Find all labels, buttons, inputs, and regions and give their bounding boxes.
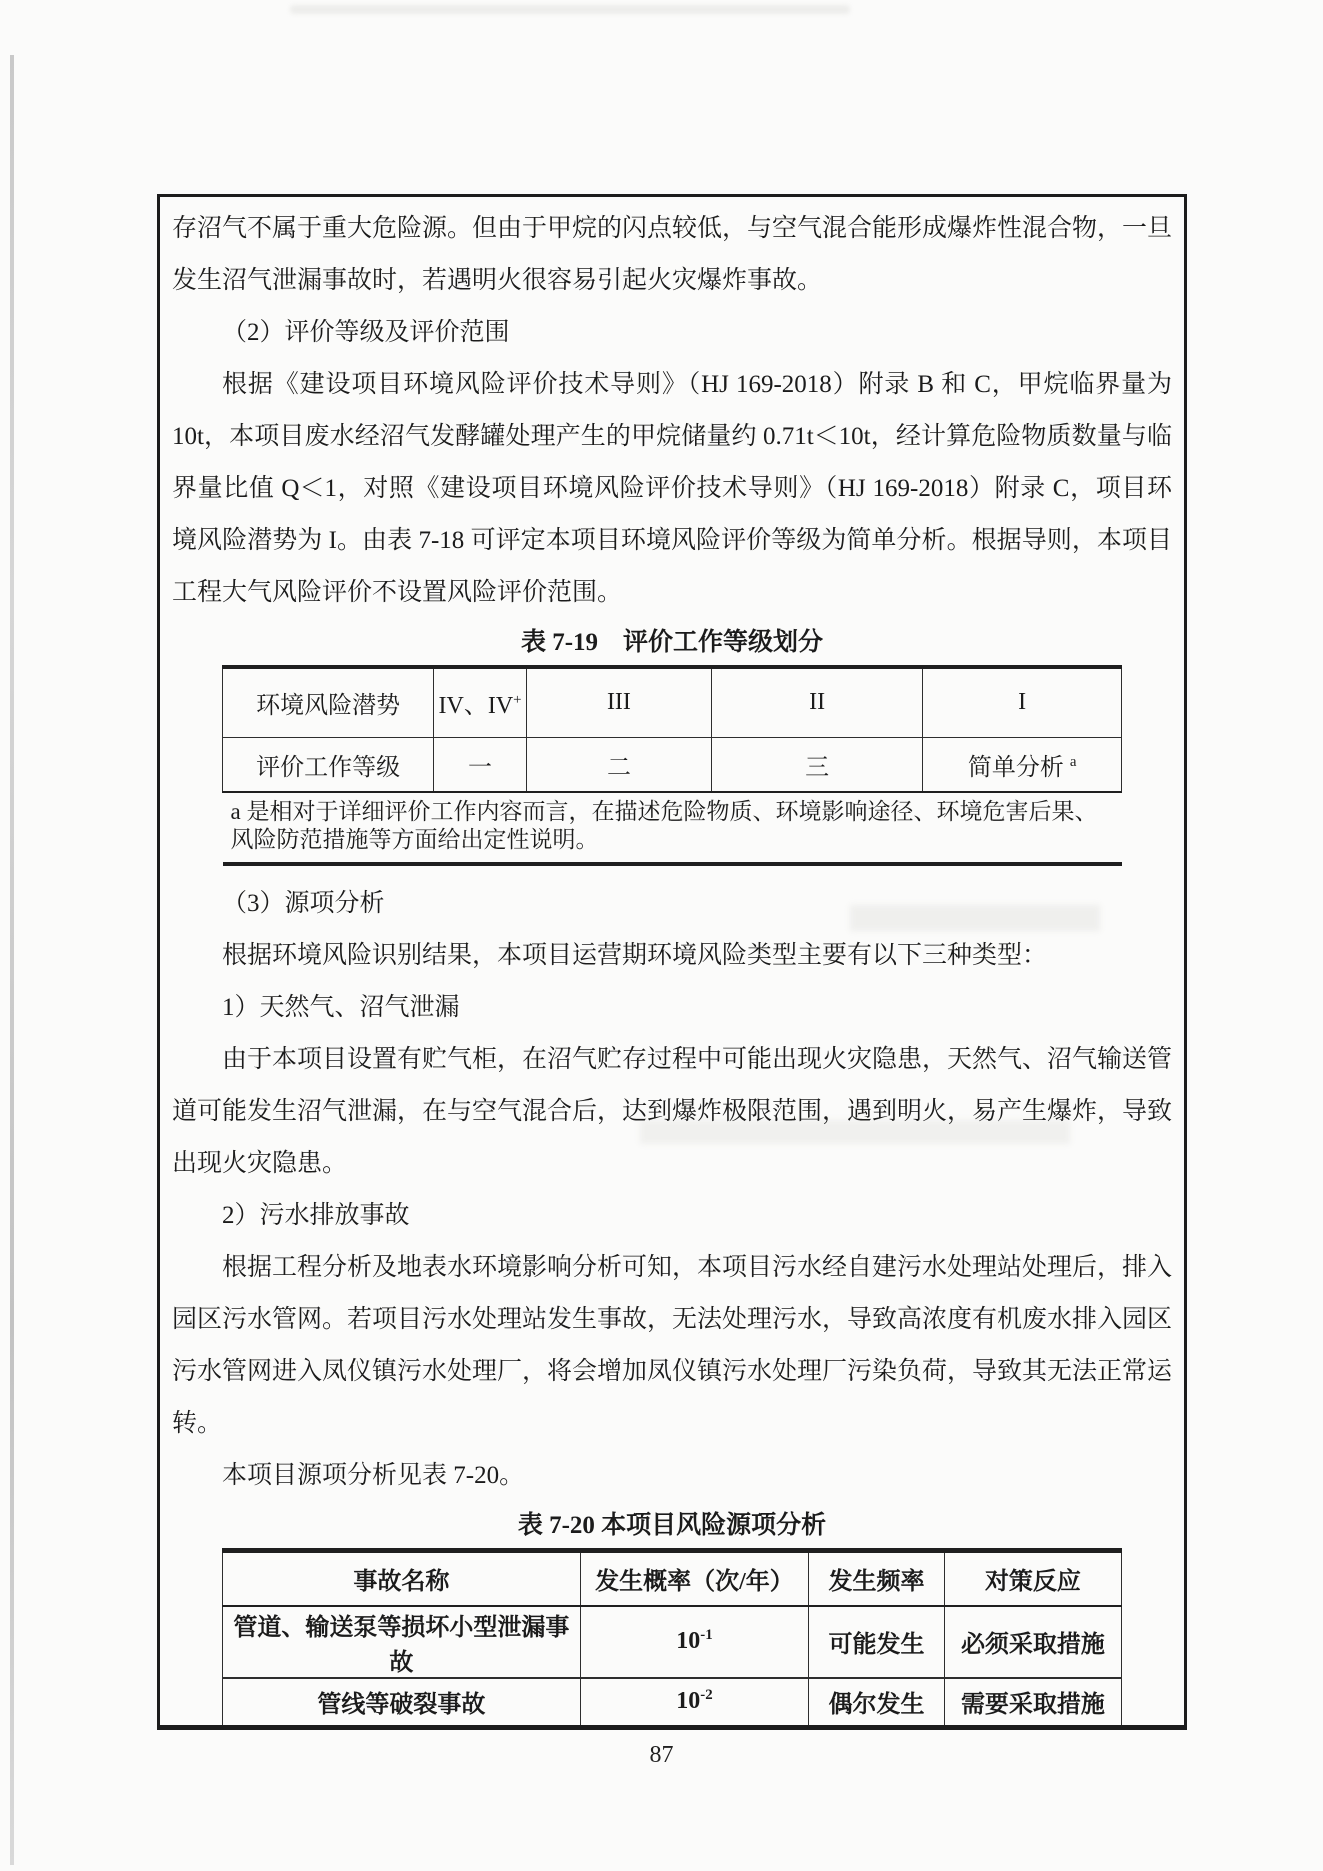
scan-smudge [290,5,850,14]
heading-section-3: （3）源项分析 [172,878,1172,930]
table-7-19-caption: 表 7-19 评价工作等级划分 [172,621,1172,665]
table-7-19-footnote: a 是相对于详细评价工作内容而言，在描述危险物质、环境影响途径、环境危害后果、风… [223,792,1122,864]
page-number: 87 [0,1742,1323,1769]
paragraph-risk-types: 根据环境风险识别结果，本项目运营期环境风险类型主要有以下三种类型： [172,930,1172,982]
cell-response: 需要采取措施 [944,1678,1121,1725]
paragraph-methane-risk-continuation: 存沼气不属于重大危险源。但由于甲烷的闪点较低，与空气混合能形成爆炸性混合物，一旦… [172,203,1172,307]
header-frequency: 发生频率 [809,1551,945,1606]
table-7-20-caption: 表 7-20 本项目风险源项分析 [172,1504,1172,1548]
header-probability: 发生概率（次/年） [580,1551,808,1606]
table-footnote-row: a 是相对于详细评价工作内容而言，在描述危险物质、环境影响途径、环境危害后果、风… [223,792,1122,864]
cell-level-i: I [923,667,1122,737]
content-border-box: 存沼气不属于重大危险源。但由于甲烷的闪点较低，与空气混合能形成爆炸性混合物，一旦… [157,194,1187,1730]
table-row-small-leak: 管道、输送泵等损坏小型泄漏事故 10-1 可能发生 必须采取措施 [223,1606,1122,1678]
cell-level-iii: III [526,667,711,737]
cell-probability: 10-2 [580,1678,808,1725]
cell-grade-1: 一 [434,737,527,792]
header-accident-name: 事故名称 [223,1551,581,1606]
cell-grade-simple: 简单分析 a [923,737,1122,792]
cell-frequency: 偶尔发生 [809,1678,945,1725]
cell-risk-potential-label: 环境风险潜势 [223,667,434,737]
paragraph-evaluation-grade: 根据《建设项目环境风险评价技术导则》（HJ 169-2018）附录 B 和 C，… [172,359,1172,619]
scan-edge-line [10,55,14,1865]
table-row-work-grade: 评价工作等级 一 二 三 简单分析 a [223,737,1122,792]
paragraph-sewage-accident: 根据工程分析及地表水环境影响分析可知，本项目污水经自建污水处理站处理后，排入园区… [172,1242,1172,1450]
table-row-pipe-rupture: 管线等破裂事故 10-2 偶尔发生 需要采取措施 [223,1678,1122,1725]
cell-probability: 10-1 [580,1606,808,1678]
heading-item-1-gas-leak: 1）天然气、沼气泄漏 [172,982,1172,1034]
header-response: 对策反应 [944,1551,1121,1606]
heading-section-2: （2）评价等级及评价范围 [172,307,1172,359]
heading-item-2-sewage: 2）污水排放事故 [172,1190,1172,1242]
table-row-risk-potential: 环境风险潜势 IV、IV+ III II I [223,667,1122,737]
spacer [172,866,1172,878]
cell-level-ii: II [712,667,923,737]
cell-grade-3: 三 [712,737,923,792]
cell-level-iv: IV、IV+ [434,667,527,737]
cell-accident-name: 管线等破裂事故 [223,1678,581,1725]
cell-response: 必须采取措施 [944,1606,1121,1678]
table-7-20: 事故名称 发生概率（次/年） 发生频率 对策反应 管道、输送泵等损坏小型泄漏事故… [222,1548,1122,1725]
paragraph-gas-leak: 由于本项目设置有贮气柜，在沼气贮存过程中可能出现火灾隐患，天然气、沼气输送管道可… [172,1034,1172,1190]
paragraph-see-table-7-20: 本项目源项分析见表 7-20。 [172,1450,1172,1502]
cell-frequency: 可能发生 [809,1606,945,1678]
table-7-19: 环境风险潜势 IV、IV+ III II I 评价工作等级 一 二 三 简单分析… [222,665,1122,866]
cell-grade-2: 二 [526,737,711,792]
cell-accident-name: 管道、输送泵等损坏小型泄漏事故 [223,1606,581,1678]
table-header-row: 事故名称 发生概率（次/年） 发生频率 对策反应 [223,1551,1122,1606]
cell-work-grade-label: 评价工作等级 [223,737,434,792]
